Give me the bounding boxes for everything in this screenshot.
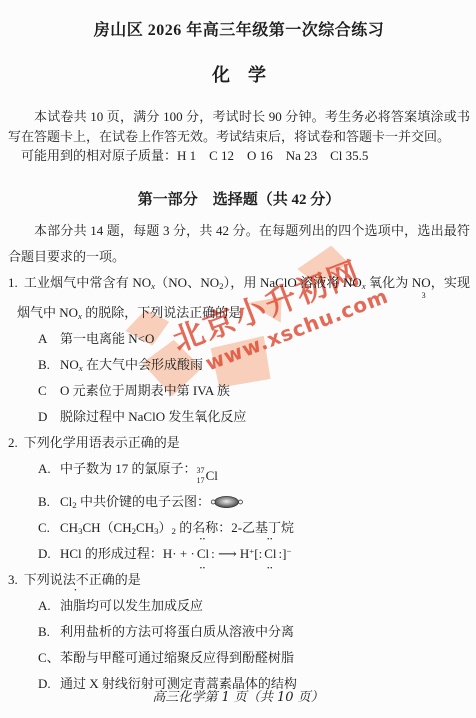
question-3-option-c: C、苯酚与甲醛可通过缩聚反应得到酚醛树脂 [8, 645, 470, 671]
electron-cloud-image [210, 494, 244, 509]
option-text: NOx 在大气中会形成酸雨 [60, 357, 203, 372]
option-letter: D [38, 404, 60, 430]
question-3-stem: 下列说法不·正确的是 [24, 572, 141, 587]
option-text: 利用盐析的方法可将蛋白质从溶液中分离 [60, 624, 294, 639]
option-letter: A [38, 326, 60, 352]
question-3-option-b: B.利用盐析的方法可将蛋白质从溶液中分离 [8, 619, 470, 645]
option-text: 苯酚与甲醛可通过缩聚反应得到酚醛树脂 [60, 650, 294, 665]
question-1-option-b: B.NOx 在大气中会形成酸雨 [8, 352, 470, 378]
question-1-number: 1. [8, 275, 18, 290]
question-2-number: 2. [8, 435, 18, 450]
exam-instructions: 本试卷共 10 页，满分 100 分，考试时长 90 分钟。考生务必将答案填涂或… [8, 107, 470, 146]
question-2-stem: 下列化学用语表示正确的是 [24, 435, 180, 450]
scanned-exam-page: { "header": { "title": "房山区 2026 年高三年级第一… [0, 0, 476, 718]
option-letter: C、 [38, 645, 60, 671]
atomic-mass-line: 可能用到的相对原子质量：H 1 C 12 O 16 Na 23 Cl 35.5 [8, 146, 470, 166]
nuclide-notation: 3717Cl [197, 463, 218, 489]
question-2-option-a: A.中子数为 17 的氯原子：3717Cl [8, 456, 470, 488]
option-letter: B. [38, 619, 60, 645]
emphasized-char: 不· [76, 572, 89, 587]
question-3-number: 3. [8, 572, 18, 587]
section-instructions: 本部分共 14 题，每题 3 分，共 42 分。在每题列出的四个选项中，选出最符… [8, 218, 470, 270]
option-letter: A. [38, 456, 60, 482]
lewis-atom: ··Cl·· [197, 541, 209, 567]
option-text: Cl2 中共价键的电子云图： [60, 494, 244, 509]
option-text: 油脂均可以发生加成反应 [60, 598, 203, 613]
question-1-stem: 工业烟气中常含有 NOx（NO、NO2），用 NaClO 溶液将 NOx 氧化为… [17, 275, 470, 321]
question-1: 1.工业烟气中常含有 NOx（NO、NO2），用 NaClO 溶液将 NOx 氧… [8, 270, 470, 327]
question-2-option-c: C.CH3CH（CH2CH3）2 的名称：2-乙基丁烷 [8, 515, 470, 541]
lewis-atom: ··Cl·· [264, 541, 276, 567]
question-1-option-c: CO 元素位于周期表中第 IVA 族 [8, 378, 470, 404]
question-2-option-d: D.HCl 的形成过程：H· + ···Cl··: ⟶ H+[:··Cl··:]… [8, 541, 470, 567]
option-text: HCl 的形成过程：H· + ···Cl··: ⟶ H+[:··Cl··:]− [60, 546, 291, 561]
option-letter: B. [38, 352, 60, 378]
option-letter: B. [38, 489, 60, 515]
exam-paper: 房山区 2026 年高三年级第一次综合练习 化 学 本试卷共 10 页，满分 1… [8, 0, 470, 697]
question-2-option-b: B.Cl2 中共价键的电子云图： [8, 489, 470, 515]
exam-title: 房山区 2026 年高三年级第一次综合练习 [8, 17, 470, 40]
option-letter: A. [38, 593, 60, 619]
question-3: 3.下列说法不·正确的是 [8, 567, 470, 593]
exam-subject-title: 化 学 [8, 61, 470, 87]
option-text: O 元素位于周期表中第 IVA 族 [60, 383, 230, 398]
option-text: CH3CH（CH2CH3）2 的名称：2-乙基丁烷 [60, 520, 294, 535]
option-letter: C. [38, 515, 60, 541]
question-1-option-d: D脱除过程中 NaClO 发生氧化反应 [8, 404, 470, 430]
option-letter: D. [38, 541, 60, 567]
section-title: 第一部分 选择题（共 42 分） [8, 188, 470, 209]
option-text: 脱除过程中 NaClO 发生氧化反应 [60, 409, 246, 424]
question-3-option-a: A.油脂均可以发生加成反应 [8, 593, 470, 619]
question-1-option-a: A第一电离能 N<O [8, 326, 470, 352]
option-text: 第一电离能 N<O [60, 331, 154, 346]
question-2: 2.下列化学用语表示正确的是 [8, 430, 470, 456]
option-letter: C [38, 378, 60, 404]
option-text: 中子数为 17 的氯原子：3717Cl [60, 461, 218, 476]
page-footer: 高三化学第 1 页（共 10 页） [0, 686, 476, 705]
